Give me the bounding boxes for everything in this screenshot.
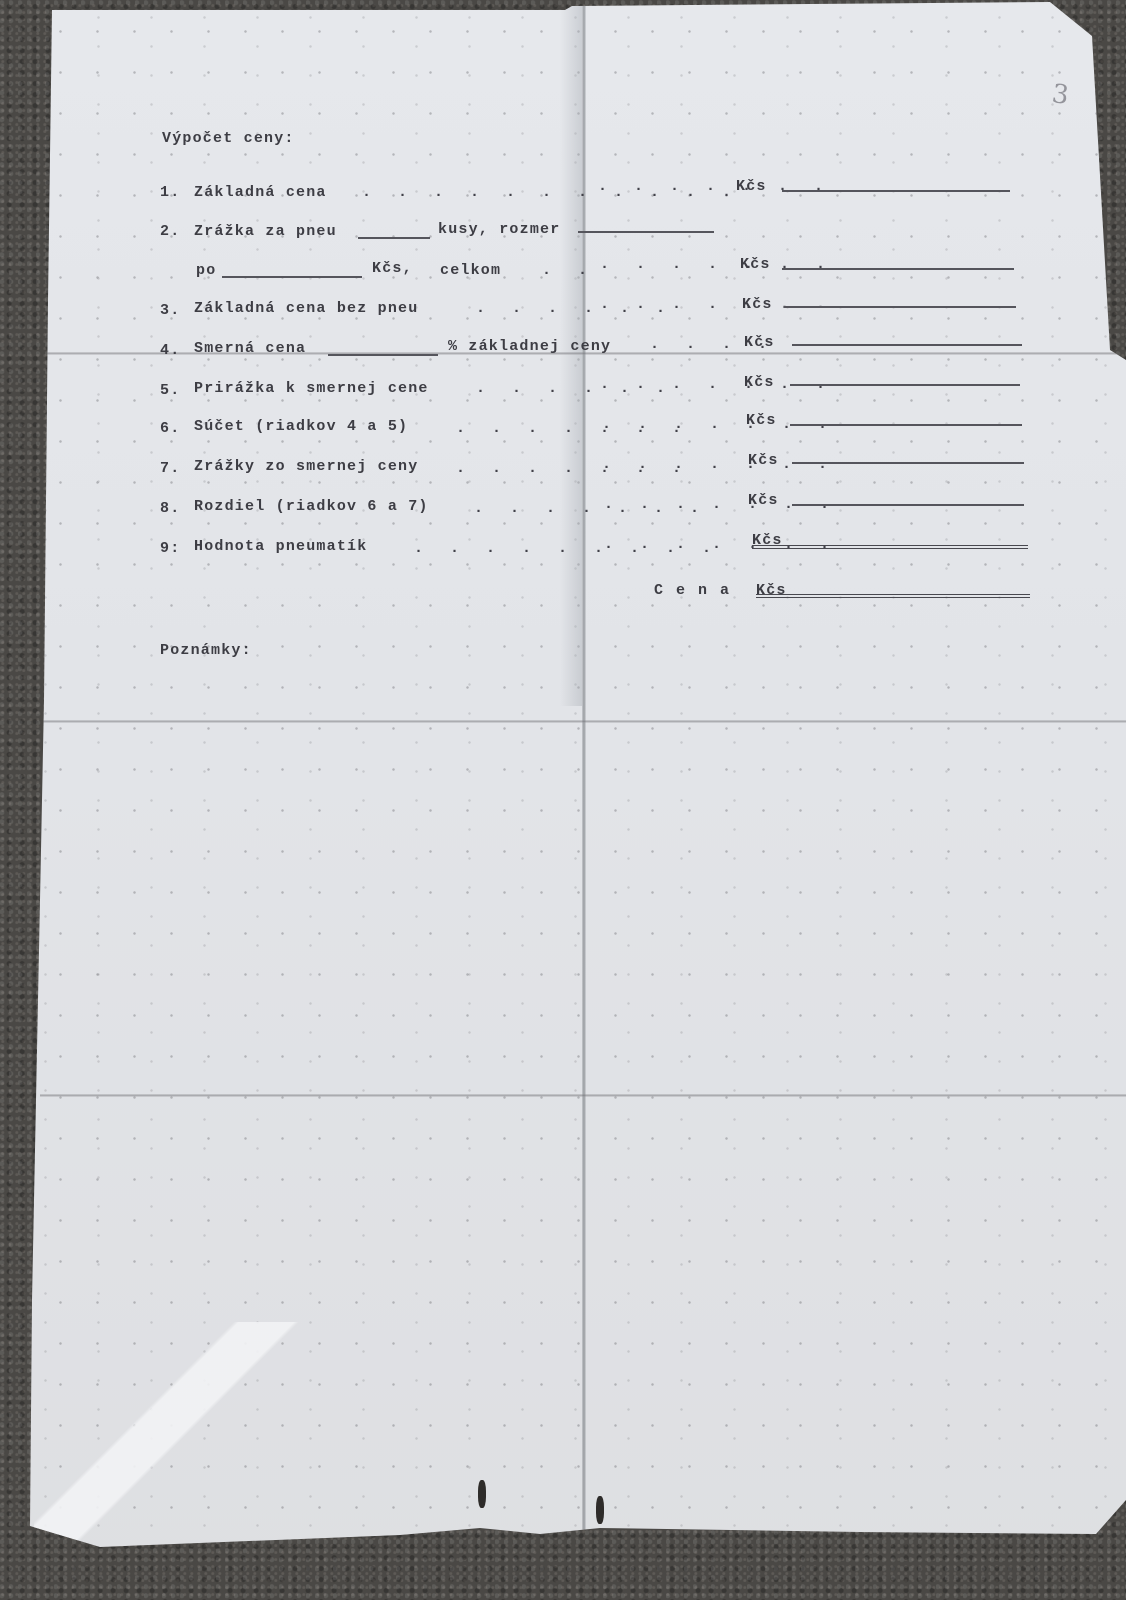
row-number: 1. [160, 184, 180, 201]
row-label: % základnej ceny [448, 338, 611, 355]
currency-label: Kčs [744, 374, 775, 391]
row-label: Súčet (riadkov 4 a 5) [194, 418, 408, 435]
currency-label: Kčs [748, 492, 779, 509]
row-number: 4. [160, 342, 180, 359]
leader-dots: . . . . . . . [600, 256, 834, 273]
leader-dots: . . . . . . . [598, 178, 832, 195]
total-label: C e n a [654, 582, 731, 599]
amount-field-8[interactable] [792, 504, 1024, 506]
leader-dots: . . [542, 262, 596, 279]
page-number-mark: 3 [1050, 79, 1071, 111]
amount-field-9[interactable] [752, 545, 1028, 549]
row-label: Prirážka k smernej cene [194, 380, 429, 397]
row-number: 8. [160, 500, 180, 517]
notes-area[interactable] [150, 670, 1010, 710]
row-label: Rozdiel (riadkov 6 a 7) [194, 498, 429, 515]
leader-dots: . . . . . . . [602, 456, 836, 473]
leader-dots: . . . . . . . [600, 296, 834, 313]
notes-label: Poznámky: [160, 642, 252, 659]
row-label: Základná cena [194, 184, 327, 201]
amount-field-4[interactable] [792, 344, 1022, 346]
currency-label: Kčs [746, 412, 777, 429]
row-number: 7. [160, 460, 180, 477]
unit-price-field[interactable] [222, 276, 362, 278]
tire-size-field[interactable] [578, 231, 714, 233]
currency-label: Kčs [742, 296, 773, 313]
row-label: Zrážka za pneu [194, 223, 337, 240]
amount-field-2[interactable] [782, 268, 1014, 270]
tire-quantity-field[interactable] [358, 237, 430, 239]
row-label: Základná cena bez pneu [194, 300, 418, 317]
row-number: 5. [160, 382, 180, 399]
row-label: Zrážky zo smernej ceny [194, 458, 418, 475]
row-label: kusy, rozmer [438, 221, 560, 238]
amount-field-3[interactable] [784, 306, 1016, 308]
currency-label: Kčs [744, 334, 775, 351]
amount-field-5[interactable] [790, 384, 1020, 386]
currency-label: Kčs [736, 178, 767, 195]
currency-label: Kčs [740, 256, 771, 273]
currency-label: Kčs [748, 452, 779, 469]
price-calculation-form: 3 Výpočet ceny: 1. Základná cena . . . .… [0, 0, 1126, 1600]
currency-label: Kčs, [372, 260, 413, 277]
row-number: 2. [160, 223, 180, 240]
row-number: 3. [160, 302, 180, 319]
row-label: Hodnota pneumatík [194, 538, 367, 555]
amount-field-1[interactable] [782, 190, 1010, 192]
row-sub-label: po [196, 262, 216, 279]
total-price-field[interactable] [756, 594, 1030, 598]
row-number: 9: [160, 540, 180, 557]
amount-field-7[interactable] [792, 462, 1024, 464]
percentage-field[interactable] [328, 354, 438, 356]
row-label: Smerná cena [194, 340, 306, 357]
row-number: 6. [160, 420, 180, 437]
amount-field-6[interactable] [790, 424, 1022, 426]
row-sub-label: celkom [440, 262, 501, 279]
form-title: Výpočet ceny: [162, 130, 295, 147]
